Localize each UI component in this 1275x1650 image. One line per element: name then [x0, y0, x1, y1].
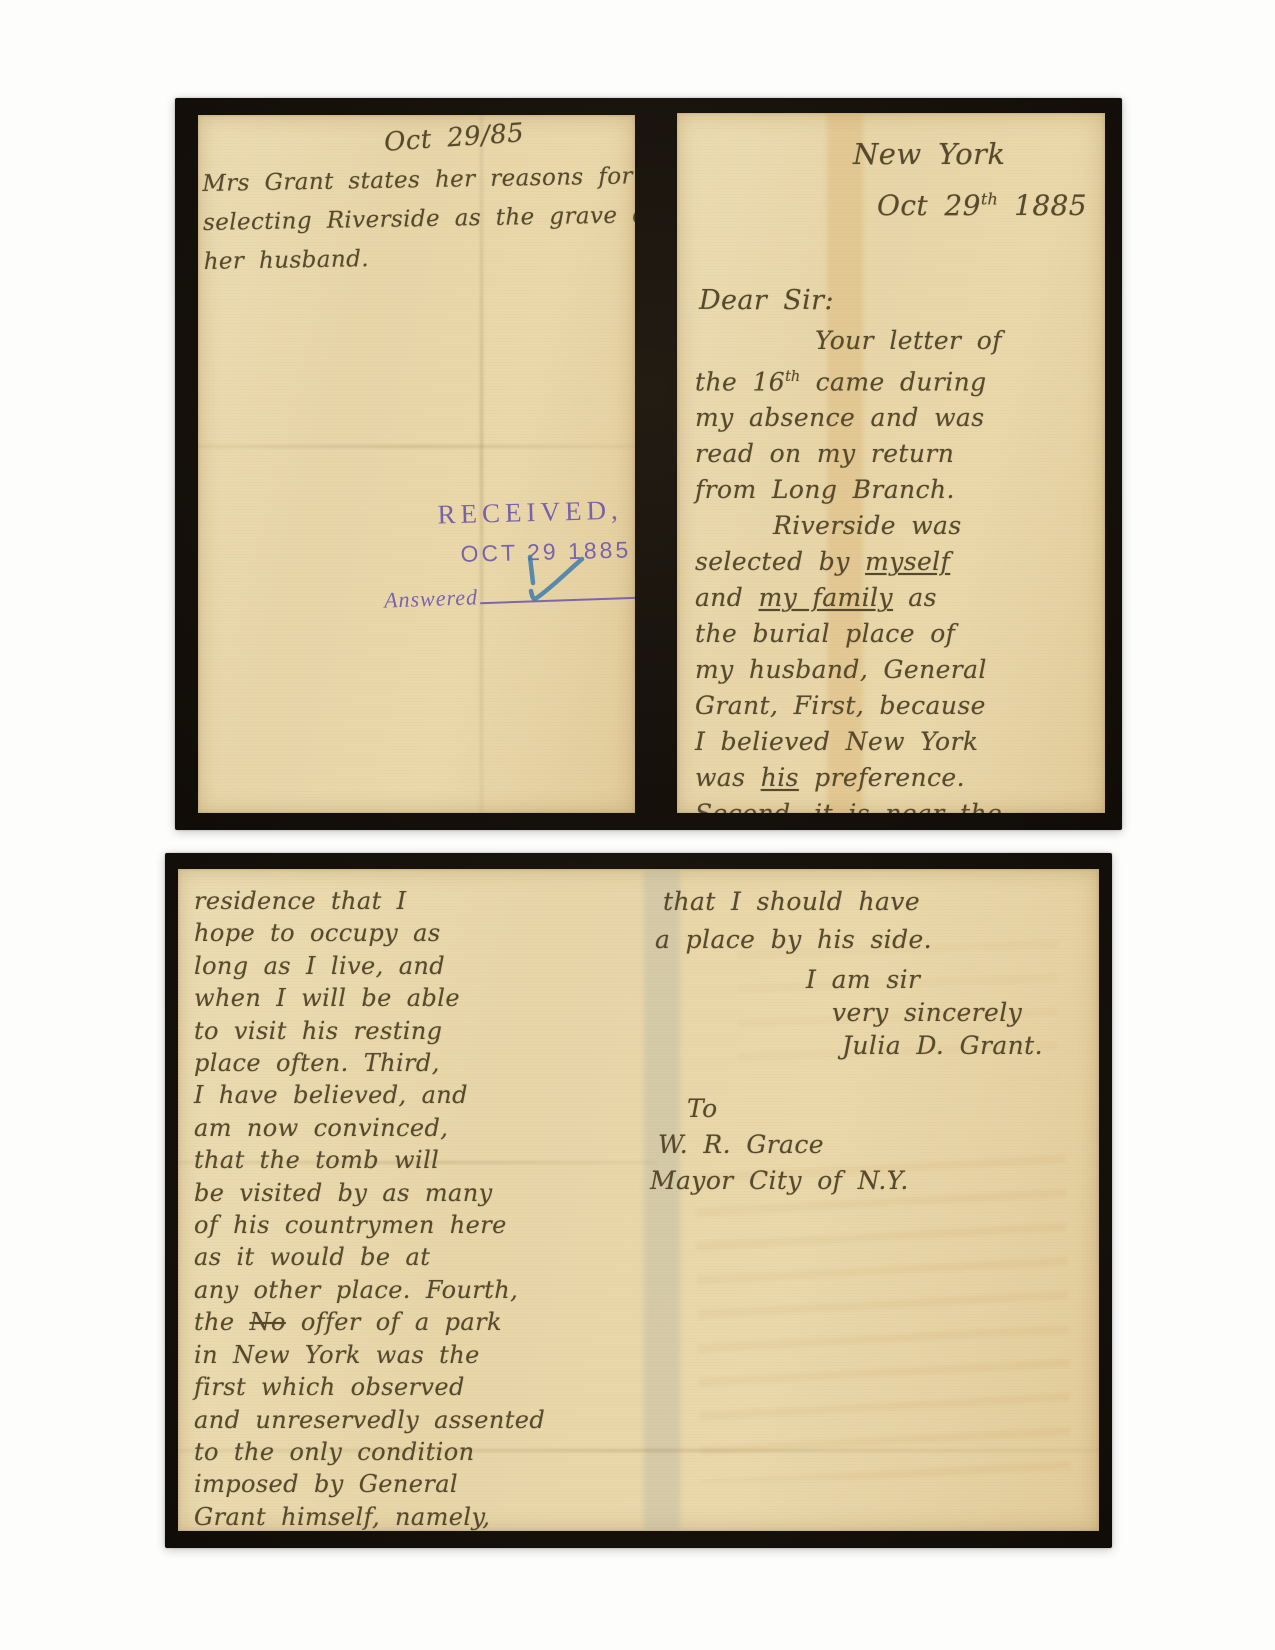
- handwritten-line: I am sir: [806, 963, 1043, 996]
- handwritten-line: any other place. Fourth,: [194, 1274, 656, 1306]
- docket-annotation: Mrs Grant states her reasons forselectin…: [202, 157, 635, 282]
- letter-salutation: Dear Sir:: [699, 285, 834, 316]
- answered-stamp-label: Answered: [384, 584, 479, 612]
- handwritten-line: Grant, First, because: [695, 688, 1097, 724]
- handwritten-line: selecting Riverside as the grave of: [203, 196, 635, 243]
- answered-stamp: Answered: [384, 578, 635, 613]
- handwritten-line: a place by his side.: [655, 921, 932, 959]
- handwritten-line: that I should have: [655, 883, 932, 921]
- handwritten-line: the No offer of a park: [194, 1306, 656, 1338]
- handwritten-line: hope to occupy as: [194, 917, 656, 949]
- letter-sheet-2: residence that Ihope to occupy aslong as…: [178, 869, 1099, 1531]
- handwritten-line: Mayor City of N.Y.: [650, 1163, 909, 1199]
- handwritten-line: place often. Third,: [194, 1047, 656, 1079]
- handwritten-line: W. R. Grace: [650, 1127, 909, 1163]
- handwritten-line: Julia D. Grant.: [806, 1029, 1043, 1062]
- addressee-block: ToW. R. GraceMayor City of N.Y.: [650, 1091, 909, 1199]
- handwritten-line: her husband.: [203, 235, 635, 282]
- handwritten-line: my husband, General: [695, 652, 1097, 688]
- handwritten-line: first which observed: [194, 1371, 656, 1403]
- handwritten-line: residence that I: [194, 885, 656, 917]
- handwritten-line: when I will be able: [194, 982, 656, 1014]
- handwritten-line: to the only condition: [194, 1436, 656, 1468]
- signature-block: I am sirvery sincerelyJulia D. Grant.: [806, 963, 1043, 1062]
- handwritten-line: my absence and was: [695, 400, 1097, 436]
- handwritten-line: of his countrymen here: [194, 1209, 656, 1241]
- handwritten-line: the burial place of: [695, 616, 1097, 652]
- letter-heading-place: New York: [853, 137, 1005, 171]
- bottom-spread-photo: residence that Ihope to occupy aslong as…: [165, 853, 1112, 1548]
- handwritten-line: to visit his resting: [194, 1015, 656, 1047]
- letter-body-page-3: residence that Ihope to occupy aslong as…: [194, 885, 656, 1531]
- handwritten-line: very sincerely: [806, 996, 1043, 1029]
- answered-checkmark-icon: [516, 553, 596, 615]
- document-scan: Oct 29/85 Mrs Grant states her reasons f…: [0, 0, 1275, 1650]
- letter-page-2: New York Oct 29th 1885 Dear Sir: Your le…: [677, 113, 1105, 813]
- handwritten-line: and unreservedly assented: [194, 1404, 656, 1436]
- received-stamp-text: RECEIVED,: [437, 494, 630, 530]
- letter-body-page-2: Your letter ofthe 16th came duringmy abs…: [695, 323, 1097, 813]
- handwritten-line: Your letter of: [695, 323, 1097, 359]
- handwritten-line: the 16th came during: [695, 359, 1097, 400]
- handwritten-line: am now convinced,: [194, 1112, 656, 1144]
- handwritten-line: long as I live, and: [194, 950, 656, 982]
- handwritten-line: was his preference.: [695, 760, 1097, 796]
- docket-date: Oct 29/85: [383, 118, 525, 158]
- handwritten-line: Oct 29th 1885: [877, 189, 1087, 222]
- handwritten-line: that the tomb will: [194, 1144, 656, 1176]
- handwritten-line: as it would be at: [194, 1241, 656, 1273]
- handwritten-line: I have believed, and: [194, 1079, 656, 1111]
- handwritten-line: and my family as: [695, 580, 1097, 616]
- handwritten-line: To: [650, 1091, 909, 1127]
- top-spread-photo: Oct 29/85 Mrs Grant states her reasons f…: [175, 98, 1122, 830]
- handwritten-line: I believed New York: [695, 724, 1097, 760]
- letter-page-1: Oct 29/85 Mrs Grant states her reasons f…: [198, 115, 635, 813]
- handwritten-line: Riverside was: [695, 508, 1097, 544]
- letter-body-page-4: that I should havea place by his side.: [655, 883, 932, 959]
- handwritten-line: read on my return: [695, 436, 1097, 472]
- handwritten-line: selected by myself: [695, 544, 1097, 580]
- letter-heading-date: Oct 29th 1885: [877, 189, 1087, 222]
- paper-crease: [198, 445, 635, 448]
- handwritten-line: imposed by General: [194, 1468, 656, 1500]
- handwritten-line: from Long Branch.: [695, 472, 1097, 508]
- handwritten-line: be visited by as many: [194, 1177, 656, 1209]
- handwritten-line: in New York was the: [194, 1339, 656, 1371]
- handwritten-line: Grant himself, namely,: [194, 1501, 656, 1531]
- handwritten-line: Second, it is near the: [695, 796, 1097, 813]
